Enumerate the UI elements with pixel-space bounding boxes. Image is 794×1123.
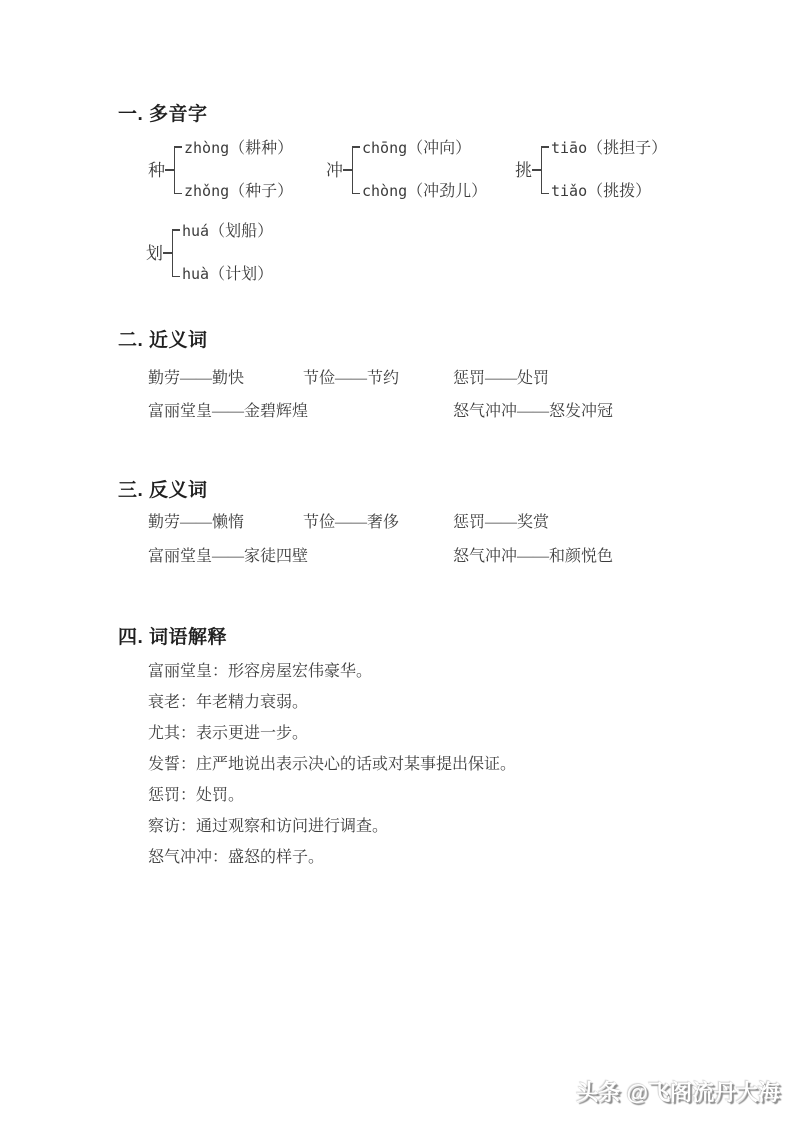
- pinyin-text: tiāo: [551, 139, 587, 157]
- definition-item: 惩罚：处罚。: [148, 786, 516, 806]
- pinyin-text: zhǒng: [184, 182, 229, 200]
- antonym-pair: 惩罚——奖赏: [453, 513, 549, 533]
- polyphone-char: 种: [148, 162, 165, 179]
- example-word: （计划）: [209, 266, 273, 283]
- readings-column: chōng（冲向） chòng（冲劲儿）: [362, 138, 487, 202]
- definition-item: 发誓：庄严地说出表示决心的话或对某事提出保证。: [148, 755, 516, 775]
- pinyin-reading: huà（计划）: [182, 264, 273, 285]
- example-word: （挑拨）: [587, 183, 651, 200]
- synonym-pair: 怒气冲冲——怒发冲冠: [453, 402, 613, 422]
- pinyin-text: huá: [182, 222, 209, 240]
- connector-line: [165, 169, 174, 171]
- bracket-shape: [541, 146, 550, 194]
- connector-line: [163, 252, 172, 254]
- readings-column: tiāo（挑担子） tiǎo（挑拨）: [551, 138, 667, 202]
- definition-item: 尤其：表示更进一步。: [148, 724, 516, 744]
- pinyin-reading: tiāo（挑担子）: [551, 138, 667, 159]
- example-word: （种子）: [229, 183, 293, 200]
- definition-item: 衰老：年老精力衰弱。: [148, 693, 516, 713]
- pinyin-reading: huá（划船）: [182, 221, 273, 242]
- antonym-pair: 节俭——奢侈: [303, 513, 399, 533]
- polyphone-group-chong: 冲 chōng（冲向） chòng（冲劲儿）: [326, 138, 487, 202]
- example-word: （冲向）: [407, 140, 471, 157]
- bracket-shape: [352, 146, 361, 194]
- section-title-synonyms: 二. 近义词: [118, 330, 208, 352]
- definitions-list: 富丽堂皇：形容房屋宏伟豪华。 衰老：年老精力衰弱。 尤其：表示更进一步。 发誓：…: [148, 662, 516, 879]
- example-word: （冲劲儿）: [407, 183, 487, 200]
- definition-item: 富丽堂皇：形容房屋宏伟豪华。: [148, 662, 516, 682]
- section-title-polyphones: 一. 多音字: [118, 104, 208, 126]
- connector-line: [532, 169, 541, 171]
- pinyin-text: zhòng: [184, 139, 229, 157]
- synonym-pair: 勤劳——勤快: [148, 369, 244, 389]
- readings-column: zhòng（耕种） zhǒng（种子）: [184, 138, 293, 202]
- section-title-definitions: 四. 词语解释: [118, 627, 227, 649]
- polyphone-group-hua: 划 huá（划船） huà（计划）: [146, 221, 273, 285]
- polyphone-char: 挑: [515, 162, 532, 179]
- section-title-antonyms: 三. 反义词: [118, 480, 208, 502]
- antonym-pair: 富丽堂皇——家徒四壁: [148, 547, 308, 567]
- polyphone-char: 划: [146, 245, 163, 262]
- antonym-pair: 勤劳——懒惰: [148, 513, 244, 533]
- bracket-shape: [172, 229, 181, 277]
- polyphone-group-tiao: 挑 tiāo（挑担子） tiǎo（挑拨）: [515, 138, 667, 202]
- connector-line: [343, 169, 352, 171]
- pinyin-text: huà: [182, 265, 209, 283]
- example-word: （挑担子）: [587, 140, 667, 157]
- pinyin-reading: tiǎo（挑拨）: [551, 181, 667, 202]
- pinyin-reading: zhòng（耕种）: [184, 138, 293, 159]
- definition-item: 察访：通过观察和访问进行调查。: [148, 817, 516, 837]
- synonym-pair: 富丽堂皇——金碧辉煌: [148, 402, 308, 422]
- watermark: 头条 @飞阁流丹大海: [576, 1080, 780, 1106]
- pinyin-text: tiǎo: [551, 182, 587, 200]
- synonym-pair: 惩罚——处罚: [453, 369, 549, 389]
- polyphone-char: 冲: [326, 162, 343, 179]
- pinyin-text: chòng: [362, 182, 407, 200]
- example-word: （划船）: [209, 223, 273, 240]
- pinyin-reading: chōng（冲向）: [362, 138, 487, 159]
- synonym-pair: 节俭——节约: [303, 369, 399, 389]
- readings-column: huá（划船） huà（计划）: [182, 221, 273, 285]
- pinyin-reading: chòng（冲劲儿）: [362, 181, 487, 202]
- definition-item: 怒气冲冲：盛怒的样子。: [148, 848, 516, 868]
- pinyin-reading: zhǒng（种子）: [184, 181, 293, 202]
- polyphone-group-zhong: 种 zhòng（耕种） zhǒng（种子）: [148, 138, 293, 202]
- antonym-pair: 怒气冲冲——和颜悦色: [453, 547, 613, 567]
- bracket-shape: [174, 146, 183, 194]
- pinyin-text: chōng: [362, 139, 407, 157]
- worksheet-page: 一. 多音字 种 zhòng（耕种） zhǒng（种子） 冲 chōng（冲向）…: [0, 0, 794, 1123]
- example-word: （耕种）: [229, 140, 293, 157]
